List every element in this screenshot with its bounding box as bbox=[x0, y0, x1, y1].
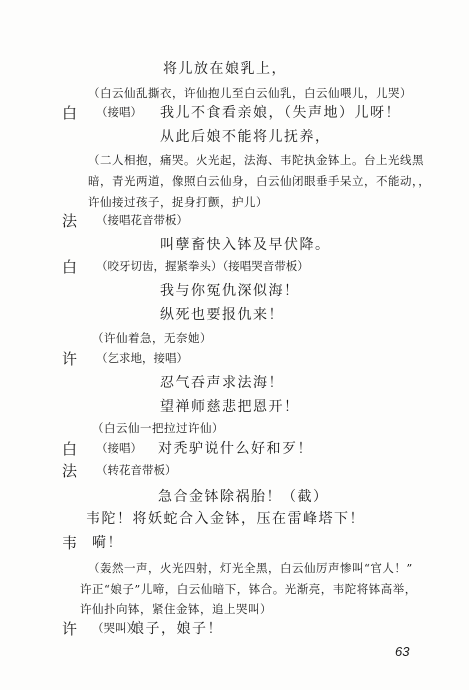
lyric-line: 纵死也要报仇来！ bbox=[160, 304, 284, 324]
stage-direction: 暗，青光两道，像照白云仙身，白云仙闭眼垂手呆立，不能动，， bbox=[88, 173, 430, 189]
page-number: 63 bbox=[395, 644, 409, 659]
stage-direction: （二人相抱，痛哭。火光起，法海、韦陀执金钵上。台上光线黑 bbox=[88, 152, 424, 168]
stage-direction: （白云仙乱撕衣，许仙抱儿至白云仙乳，白云仙喂儿，儿哭） bbox=[88, 85, 412, 101]
lyric-line: 望禅师慈悲把恩开！ bbox=[160, 396, 300, 416]
singing-cue: （接唱） bbox=[96, 440, 142, 456]
lyric-line: 忍气吞声求法海！ bbox=[160, 372, 284, 392]
speaker-label: 许 bbox=[62, 348, 77, 369]
singing-cue: （转花音带板） bbox=[96, 462, 177, 478]
stage-direction: （白云仙一把拉过许仙） bbox=[92, 420, 224, 436]
lyric-line: 叫孽畜快入钵及早伏降。 bbox=[160, 234, 331, 254]
speaker-label: 许 bbox=[62, 618, 77, 639]
lyric-line: 急合金钵除祸胎！（截） bbox=[158, 486, 329, 506]
speaker-label: 白 bbox=[62, 256, 77, 277]
speaker-label: 法 bbox=[62, 460, 77, 481]
speaker-label: 白 bbox=[62, 102, 77, 123]
lyric-line: 我与你冤仇深似海！ bbox=[160, 280, 300, 300]
speaker-label: 法 bbox=[62, 210, 77, 231]
singing-cue: （接唱花音带板） bbox=[96, 212, 188, 228]
stage-direction: （许仙着急，无奈她） bbox=[92, 330, 212, 346]
speaker-label: 白 bbox=[62, 438, 77, 459]
singing-cue: （接唱） bbox=[96, 104, 142, 120]
stage-direction: 许正“娘子”儿啼，白云仙暗下，钵合。光渐亮，韦陀将钵高举， bbox=[80, 581, 417, 597]
stage-direction: 许仙接过孩子，捉身打颤，护儿） bbox=[88, 194, 268, 210]
speech-line: 娘子，娘子！ bbox=[130, 618, 223, 638]
lyric-line: 从此后娘不能将儿抚养， bbox=[160, 126, 331, 146]
speech-line: 嗬！ bbox=[92, 532, 123, 552]
singing-cue: （乞求地，接唱） bbox=[96, 350, 188, 366]
stage-direction: 许仙扑向钵，紧住金钵，追上哭叫） bbox=[80, 601, 272, 617]
speech-line: 韦陀！将妖蛇合入金钵，压在雷峰塔下！ bbox=[86, 508, 365, 528]
script-page: 将儿放在娘乳上， （白云仙乱撕衣，许仙抱儿至白云仙乳，白云仙喂儿，儿哭） 白 （… bbox=[0, 0, 469, 690]
lyric-line: 将儿放在娘乳上， bbox=[163, 58, 287, 78]
stage-direction: （轰然一声，火光四射，灯光全黑，白云仙厉声惨叫“官人！” bbox=[88, 560, 413, 576]
lyric-line: 对秃驴说什么好和歹！ bbox=[158, 438, 313, 458]
lyric-line: 我儿不食看亲娘，（失声地）儿呀！ bbox=[160, 102, 401, 122]
singing-cue: （咬牙切齿，握紧拳头）（接唱哭音带板） bbox=[96, 258, 309, 274]
speaker-label: 韦 bbox=[62, 532, 77, 553]
